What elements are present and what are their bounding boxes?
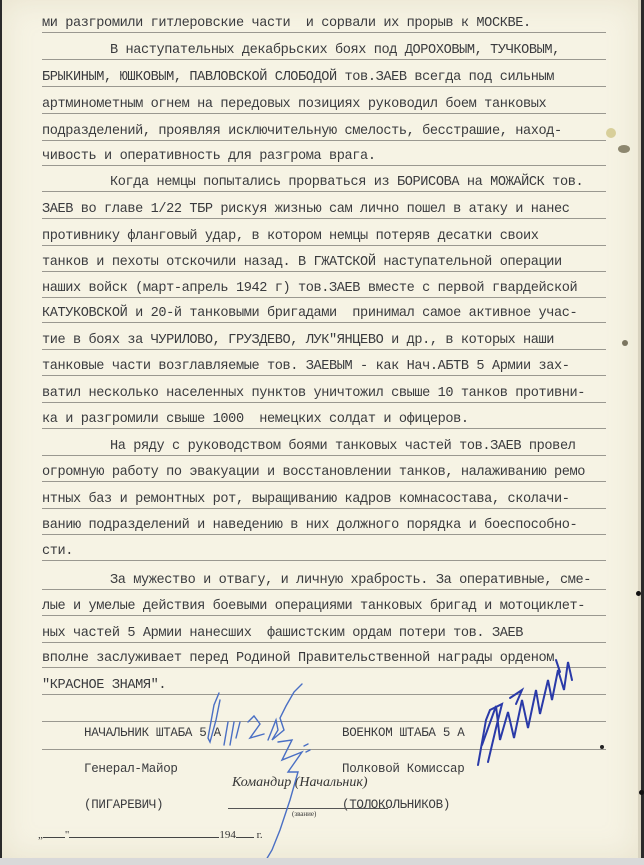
document-line: Когда немцы попытались прорваться из БОР… [2,167,644,194]
line-text: танковые части возглавляемые тов. ЗАЕВЫМ… [42,359,626,374]
signature-right-block: ВОЕНКОМ ШТАБА 5 А Полковой Комиссар (ТОЛ… [342,703,464,835]
signatory-left-name: (ПИГАРЕВИЧ) [84,799,221,811]
document-line: артминометным огнем на передовых позиция… [2,89,644,116]
line-text: ЗАЕВ во главе 1/22 ТБР рискуя жизнью сам… [42,202,626,217]
line-text: КАТУКОВСКОЙ и 20-й танковыми бригадами п… [42,306,626,321]
line-text: В наступательных декабрьских боях под ДО… [110,43,626,58]
ruling-line [42,375,606,376]
document-page: ми разгромили гитлеровские части и сорва… [2,0,641,858]
document-line: ватил несколько населенных пунктов уничт… [2,378,644,405]
line-text: танков и пехоты отскочили назад. В ГЖАТС… [42,255,626,270]
signatory-right-title: ВОЕНКОМ ШТАБА 5 А [342,727,464,739]
line-text: подразделений, проявляя исключительную с… [42,124,626,139]
document-line: тие в боях за ЧУРИЛОВО, ГРУЗДЕВО, ЛУК"ЯН… [2,325,644,352]
paper-stain [636,591,641,596]
ruling-line [42,32,606,33]
document-line: "КРАСНОЕ ЗНАМЯ". [2,670,644,697]
document-line: чивость и оперативность для разгрома вра… [2,141,644,168]
document-line: За мужество и отвагу, и личную храбрость… [2,565,644,592]
ruling-line [42,428,606,429]
line-text: ка и разгромили свыше 1000 немецких солд… [42,412,626,427]
line-text: лые и умелые действия боевыми операциями… [42,599,626,614]
line-text: тие в боях за ЧУРИЛОВО, ГРУЗДЕВО, ЛУК"ЯН… [42,333,626,348]
ruling-line [42,245,606,246]
line-text: чивость и оперативность для разгрома вра… [42,149,626,164]
line-text: вполне заслуживает перед Родиной Правите… [42,651,626,666]
line-text: сти. [42,544,626,559]
paper-stain [622,340,628,346]
signatory-left-rank: Генерал-Майор [84,763,221,775]
document-line: танковые части возглавляемые тов. ЗАЕВЫМ… [2,351,644,378]
document-line: ка и разгромили свыше 1000 немецких солд… [2,404,644,431]
line-text: БРЫКИНЫМ, ЮШКОВЫМ, ПАВЛОВСКОЙ СЛОБОДОЙ т… [42,70,626,85]
document-line: КАТУКОВСКОЙ и 20-й танковыми бригадами п… [2,298,644,325]
line-text: Когда немцы попытались прорваться из БОР… [110,175,626,190]
document-line: огромную работу по эвакуации и восстанов… [2,457,644,484]
ruling-line [42,534,606,535]
ruling-line [42,349,606,350]
ruling-line [42,402,606,403]
ruling-line [42,86,606,87]
ruling-line [42,589,606,590]
paper-stain [600,745,604,749]
date-year: 194 [219,829,236,841]
document-line: лые и умелые действия боевыми операциями… [2,591,644,618]
ruling-line [42,481,606,482]
date-suffix: г. [257,829,263,841]
line-text: противнику фланговый удар, в котором нем… [42,229,626,244]
ruling-line [42,615,606,616]
scan-bottom-edge [0,858,644,865]
line-text: На ряду с руководством боями танковых ча… [110,439,626,454]
document-line: В наступательных декабрьских боях под ДО… [2,35,644,62]
commander-label: Командир (Начальник) [232,775,368,791]
line-text: ванию подразделений и наведению в них до… [42,518,626,533]
document-line: ных частей 5 Армии нанесших фашистским о… [2,618,644,645]
line-text: нтных баз и ремонтных рот, выращиванию к… [42,492,626,507]
document-line: сти. [2,536,644,563]
line-text: "КРАСНОЕ ЗНАМЯ". [42,678,626,693]
date-day-blank [43,828,65,838]
line-text: огромную работу по эвакуации и восстанов… [42,465,626,480]
signature-left-block: НАЧАЛЬНИК ШТАБА 5 А Генерал-Майор (ПИГАР… [84,703,221,835]
rank-field-line [228,808,388,809]
document-line: На ряду с руководством боями танковых ча… [2,431,644,458]
document-line: ванию подразделений и наведению в них до… [2,510,644,537]
ruling-line [42,694,606,695]
document-line: БРЫКИНЫМ, ЮШКОВЫМ, ПАВЛОВСКОЙ СЛОБОДОЙ т… [2,62,644,89]
ruling-line [42,560,606,561]
ruling-line [42,113,606,114]
line-text: ных частей 5 Армии нанесших фашистским о… [42,626,626,641]
ruling-line [42,667,606,668]
line-text: ватил несколько населенных пунктов уничт… [42,386,626,401]
document-line: нтных баз и ремонтных рот, выращиванию к… [2,484,644,511]
signatory-right-name: (ТОЛОКОЛЬНИКОВ) [342,799,464,811]
document-line: противнику фланговый удар, в котором нем… [2,221,644,248]
date-field: „"194 г. [38,828,263,841]
document-line: наших войск (март-апрель 1942 г) тов.ЗАЕ… [2,273,644,300]
rank-caption: (звание) [292,810,316,818]
ruling-line [42,59,606,60]
signatory-left-title: НАЧАЛЬНИК ШТАБА 5 А [84,727,221,739]
document-line: ми разгромили гитлеровские части и сорва… [2,8,644,35]
line-text: За мужество и отвагу, и личную храбрость… [110,573,626,588]
paper-stain [606,128,616,138]
paper-stain [639,790,644,795]
paper-stain [618,145,630,153]
ruling-line [42,322,606,323]
date-year-blank [236,828,254,838]
ruling-line [42,508,606,509]
line-text: ми разгромили гитлеровские части и сорва… [42,16,626,31]
document-line: вполне заслуживает перед Родиной Правите… [2,643,644,670]
ruling-line [42,218,606,219]
ruling-line [42,455,606,456]
line-text: наших войск (март-апрель 1942 г) тов.ЗАЕ… [42,281,626,296]
ruling-line [42,165,606,166]
document-line: ЗАЕВ во главе 1/22 ТБР рискуя жизнью сам… [2,194,644,221]
ruling-line [42,271,606,272]
document-line: подразделений, проявляя исключительную с… [2,116,644,143]
document-line: танков и пехоты отскочили назад. В ГЖАТС… [2,247,644,274]
date-month-blank [69,828,219,838]
line-text: артминометным огнем на передовых позиция… [42,97,626,112]
signatory-right-rank: Полковой Комиссар [342,763,464,775]
ruling-line [42,191,606,192]
